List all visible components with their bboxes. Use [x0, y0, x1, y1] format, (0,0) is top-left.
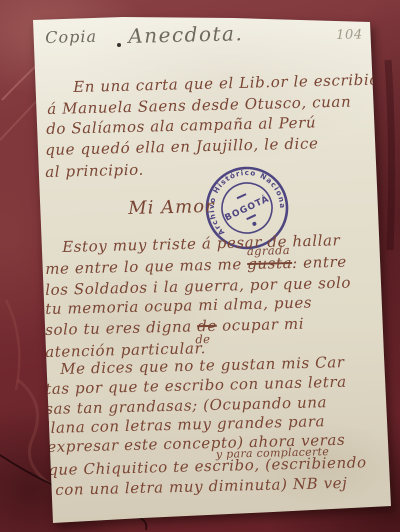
page-title: Anecdota. — [128, 21, 244, 48]
line-text: : entre — [292, 253, 347, 272]
intro-line: al principio. — [45, 161, 144, 181]
stamp-dash — [247, 215, 256, 219]
correction: dede — [197, 317, 217, 335]
inserted-word: agrada — [247, 243, 291, 258]
paper-shadow-wrap: Copia Anecdota. 104 En una carta que el … — [0, 0, 400, 532]
stamp-dot — [252, 221, 257, 226]
correction: agradagusta — [247, 254, 292, 273]
ink-blot-dot — [117, 43, 121, 47]
line-text: solo tu eres digna — [45, 317, 197, 339]
letter-paper: Copia Anecdota. 104 En una carta que el … — [33, 16, 392, 524]
photo-of-letter: Copia Anecdota. 104 En una carta que el … — [0, 0, 400, 532]
body-line: Estoy muy triste á pesar de hallar — [62, 231, 341, 256]
salutation: Mi Amor — [128, 196, 215, 219]
folio-number: 104 — [336, 27, 363, 43]
intro-line: que quedó ella en Jaujillo, le dice — [45, 134, 319, 159]
intro-line: do Salíamos ala campaña al Perú — [46, 113, 316, 138]
body-line: solo tu eres digna dede ocupar mi — [45, 315, 304, 339]
stamp-dash — [237, 194, 246, 198]
line-text: ocupar mi — [217, 315, 305, 335]
inserted-phrase: y para complacerte — [216, 445, 330, 461]
line-text: me entre lo que mas me — [45, 255, 247, 278]
copy-label: Copia — [45, 27, 97, 47]
